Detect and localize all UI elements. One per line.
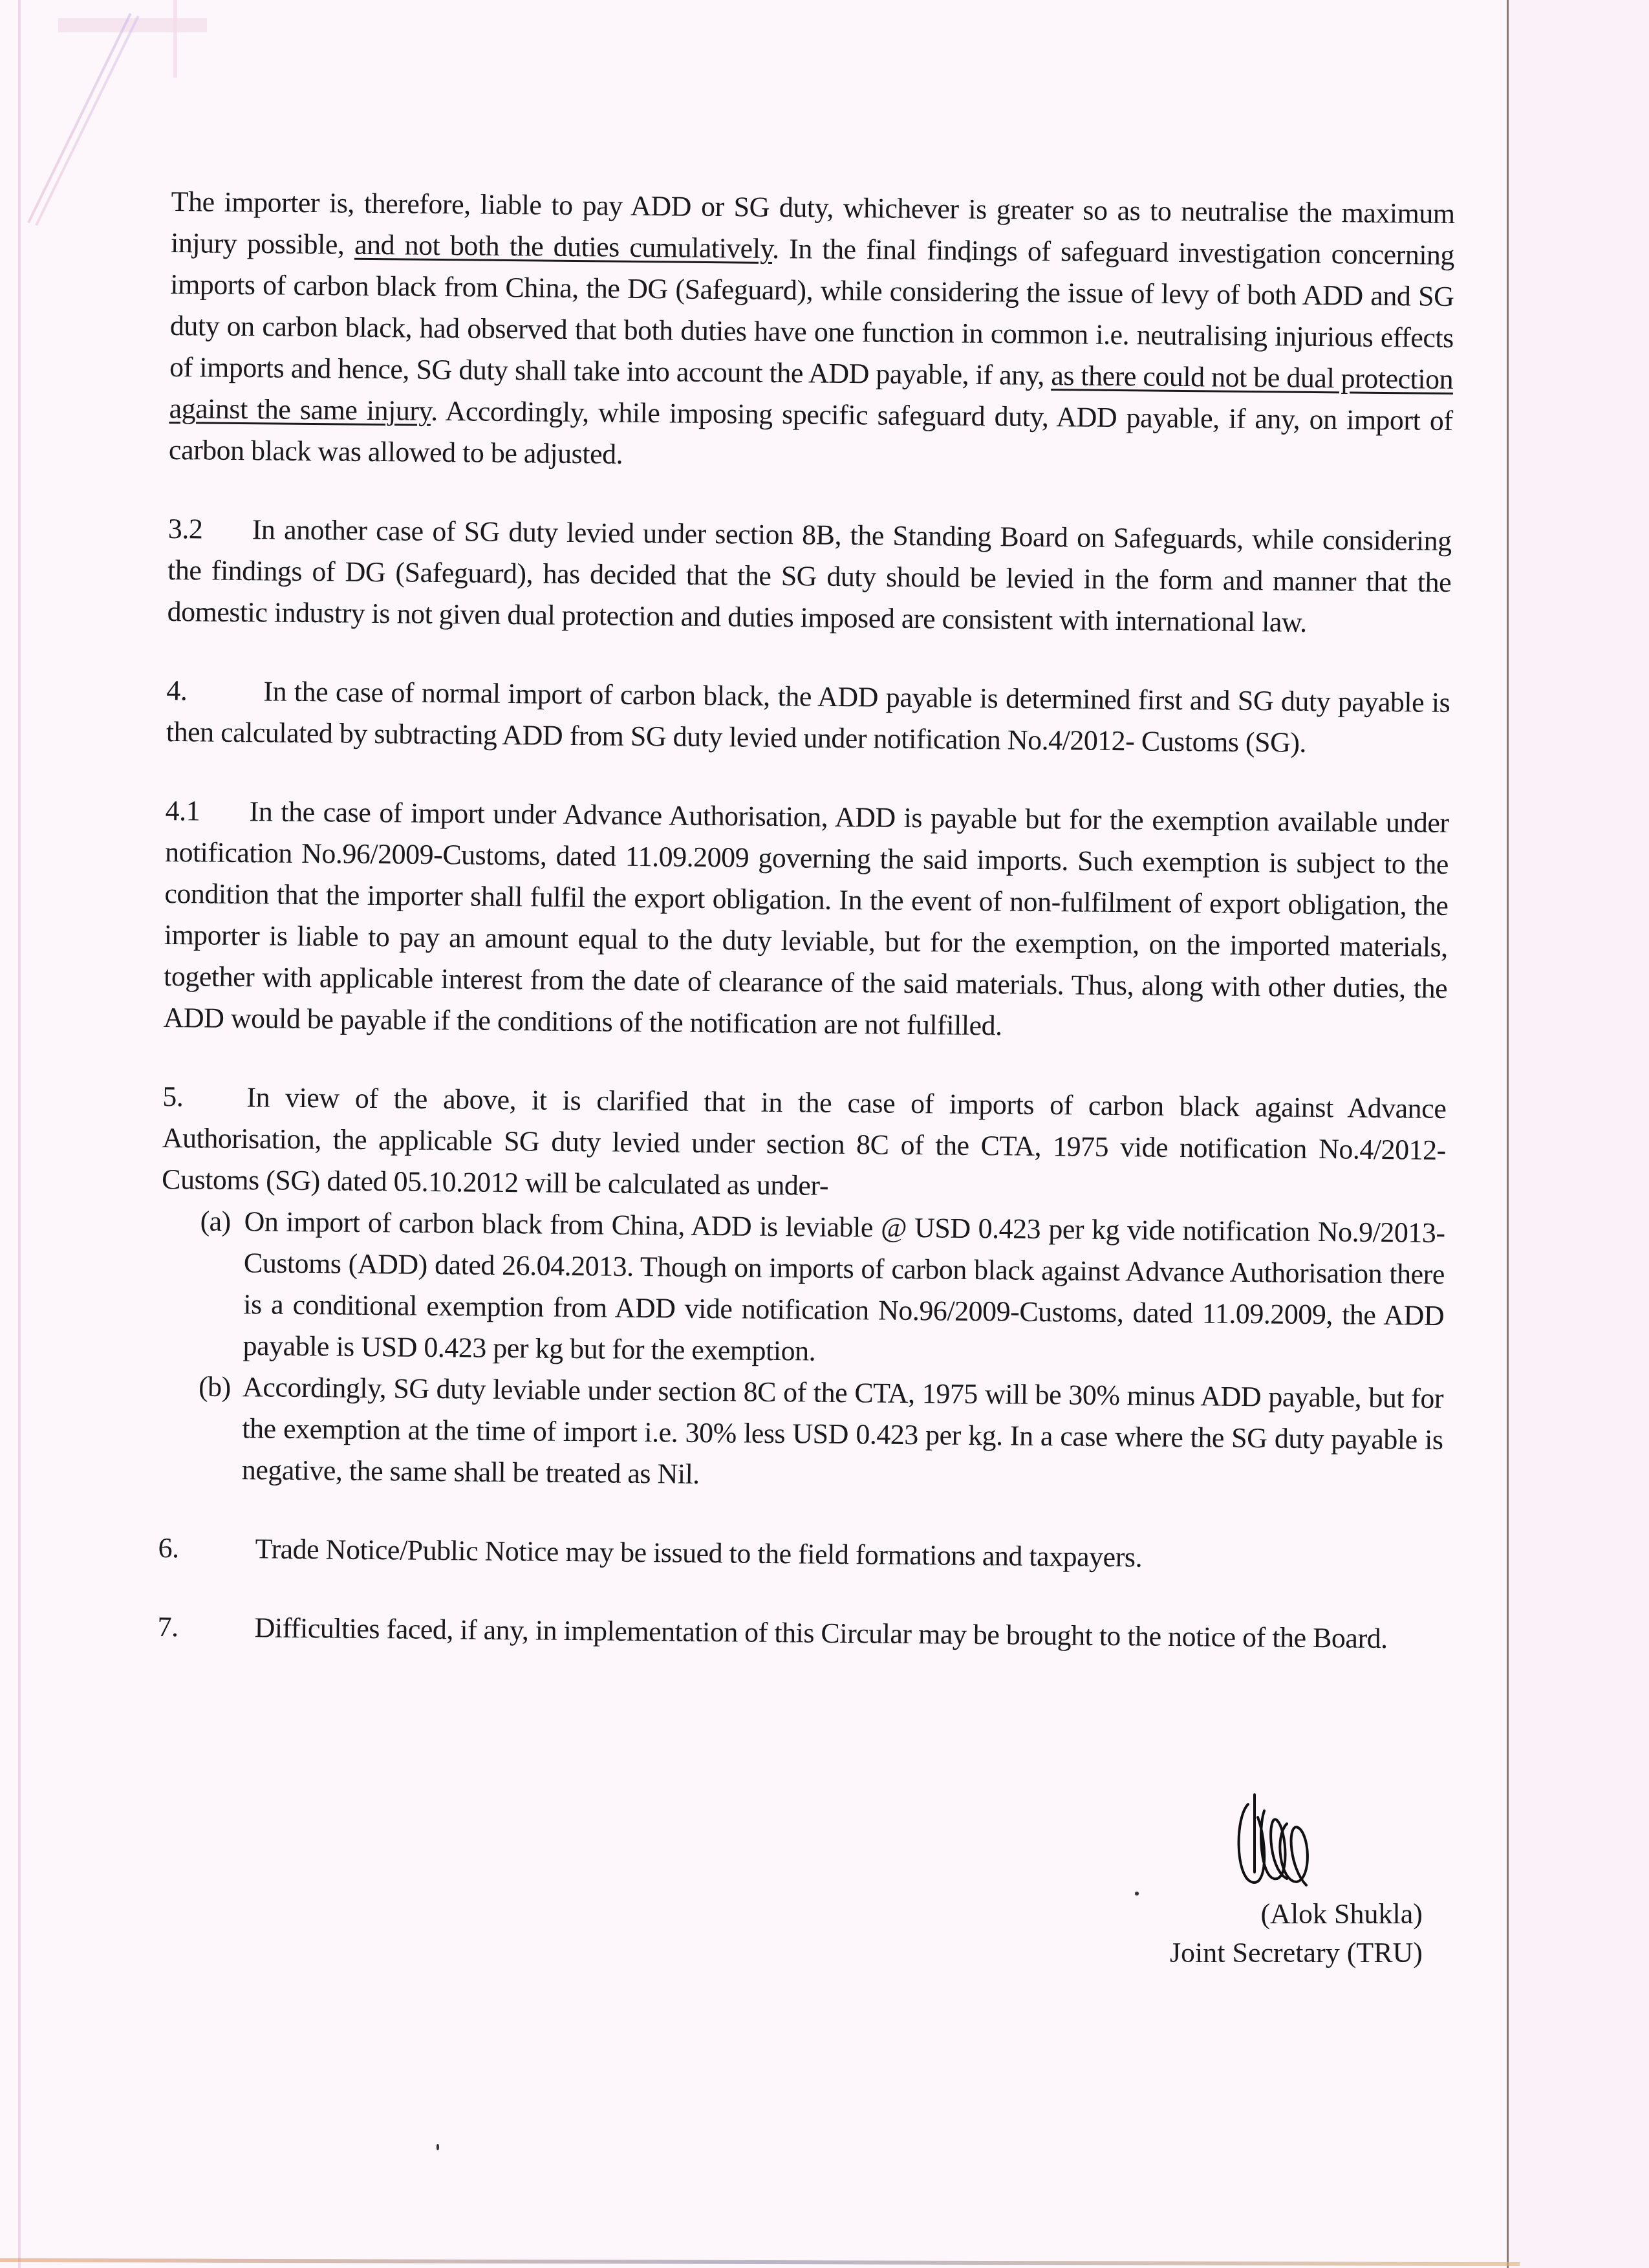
pen-stroke-mark <box>35 16 139 226</box>
signature-block: (Alok Shukla) Joint Secretary (TRU) <box>1112 1791 1423 1972</box>
paragraph-3-1-continued: The importer is, therefore, liable to pa… <box>169 181 1455 483</box>
handwritten-signature-icon <box>1229 1791 1339 1888</box>
paragraph-text: Trade Notice/Public Notice may be issued… <box>255 1533 1142 1573</box>
paragraph-text: Difficulties faced, if any, in implement… <box>254 1612 1388 1654</box>
paragraph-7: 7.Difficulties faced, if any, in impleme… <box>157 1606 1441 1660</box>
paragraph-text: In view of the above, it is clarified th… <box>162 1081 1447 1202</box>
page-edge-rule <box>1507 0 1509 2268</box>
paragraph-4-1: 4.1In the case of import under Advance A… <box>163 790 1449 1051</box>
subitem-b: (b) Accordingly, SG duty leviable under … <box>159 1366 1444 1502</box>
paragraph-text: In the case of import under Advance Auth… <box>163 795 1449 1041</box>
scan-streak <box>173 0 177 78</box>
scan-bottom-edge <box>0 2258 1520 2266</box>
paragraph-text: In another case of SG duty levied under … <box>167 513 1452 638</box>
subitem-text: On import of carbon black from China, AD… <box>242 1201 1445 1378</box>
paragraph-number: 4.1 <box>165 790 250 832</box>
signatory-name: (Alok Shukla) <box>1112 1895 1423 1934</box>
document-body: The importer is, therefore, liable to pa… <box>157 181 1455 1698</box>
scan-margin-strip <box>1509 0 1649 2268</box>
paragraph-number: 7. <box>157 1606 255 1648</box>
pen-stroke-mark <box>27 13 131 223</box>
paragraph-3-2: 3.2In another case of SG duty levied und… <box>167 508 1452 645</box>
subitem-label: (b) <box>198 1366 243 1491</box>
signatory-designation: Joint Secretary (TRU) <box>1112 1934 1423 1972</box>
scan-speck <box>967 259 971 263</box>
paragraph-4: 4.In the case of normal import of carbon… <box>166 670 1450 765</box>
paragraph-number: 4. <box>166 670 264 712</box>
paragraph-number: 3.2 <box>168 508 253 550</box>
paragraph-text: In the case of normal import of carbon b… <box>166 675 1450 758</box>
paragraph-number: 6. <box>158 1528 255 1570</box>
scan-page-edge <box>18 0 21 2268</box>
underlined-phrase: and not both the duties cumulatively <box>354 229 773 265</box>
paragraph-6: 6.Trade Notice/Public Notice may be issu… <box>158 1528 1442 1581</box>
subitem-text: Accordingly, SG duty leviable under sect… <box>242 1366 1444 1502</box>
paragraph-5-subitems: (a) On import of carbon black from China… <box>159 1200 1445 1502</box>
paragraph-number: 5. <box>162 1076 247 1118</box>
scan-speck <box>1135 1892 1139 1895</box>
scan-speck <box>436 2144 439 2150</box>
subitem-label: (a) <box>199 1201 244 1367</box>
subitem-a: (a) On import of carbon black from China… <box>160 1200 1445 1378</box>
paragraph-5: 5.In view of the above, it is clarified … <box>162 1076 1447 1213</box>
